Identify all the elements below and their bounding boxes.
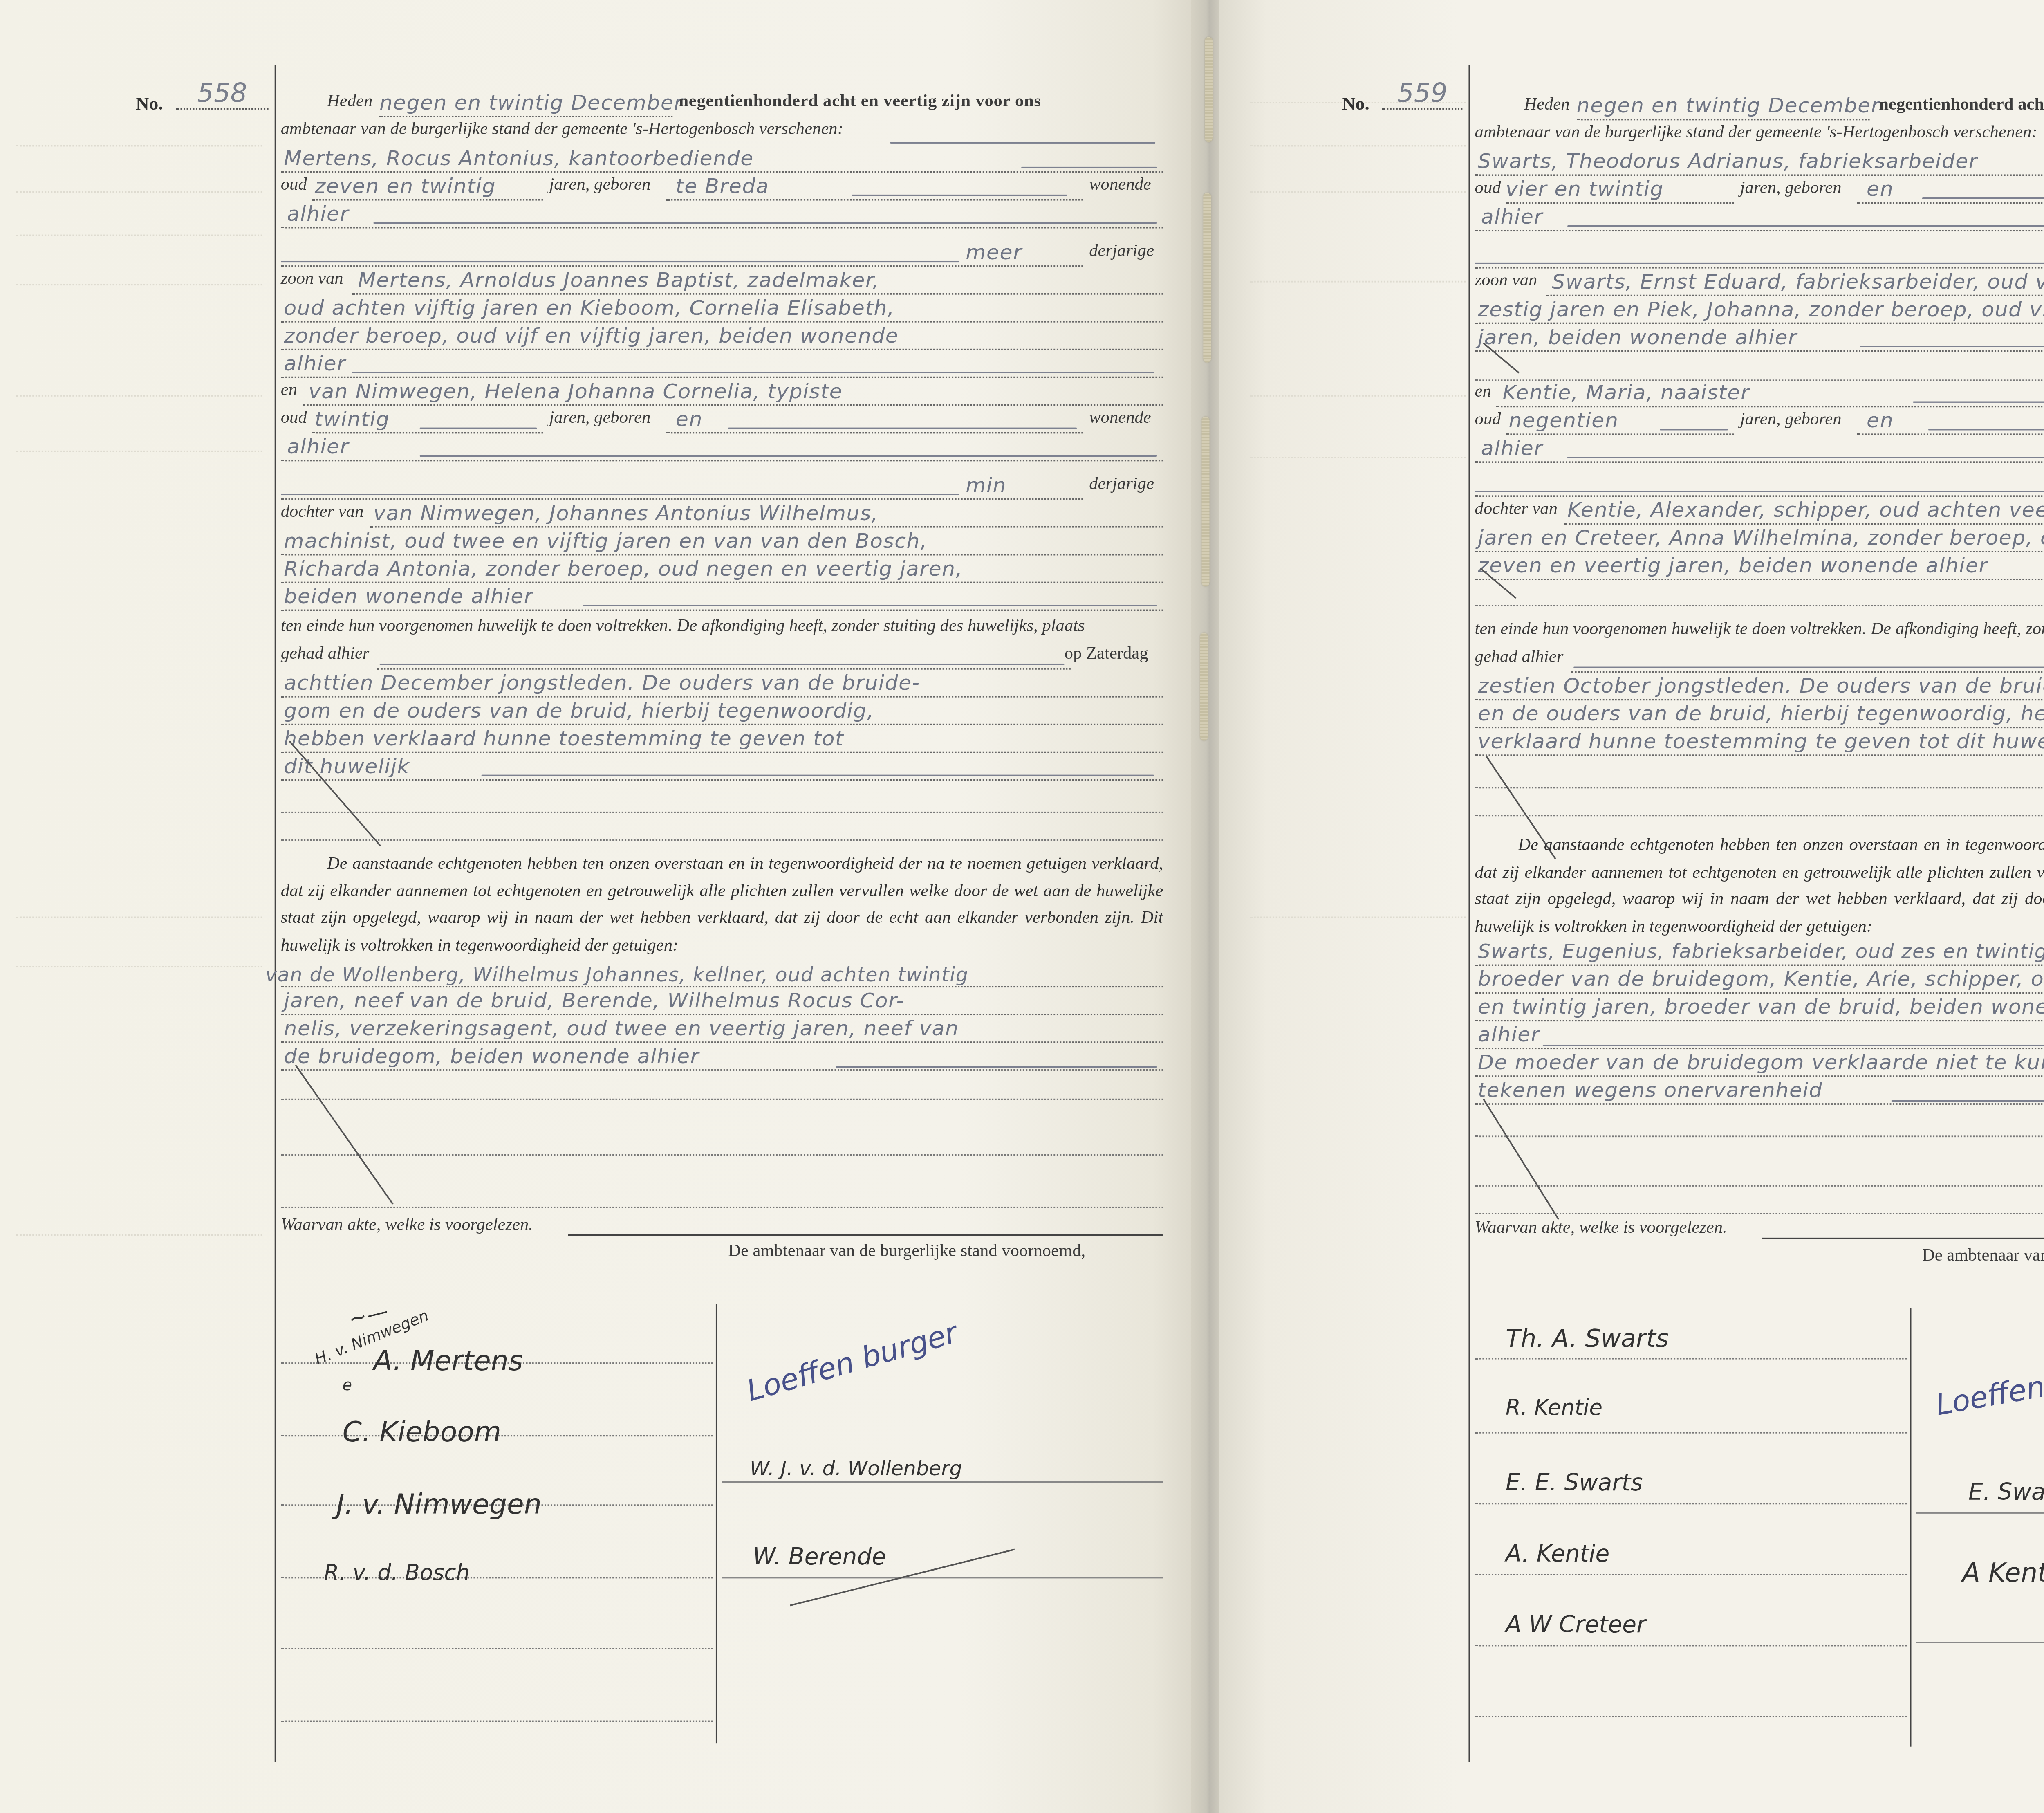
en-label: en [281,381,297,399]
zoon-van-label: zoon van [281,270,343,288]
signature-groom-mother: C. Kieboom [343,1416,501,1449]
witness-line-4: de bruidegom, beiden wonende alhier [281,1046,1163,1074]
bride-residence-line: alhier [281,437,1163,464]
witnesses-note: De moeder van de bruidegom verklaarde ni… [1478,1052,2044,1076]
bleed-through [16,284,262,285]
bleed-through [16,395,262,397]
bleed-through [16,966,262,967]
wonende-label: wonende [1089,409,1151,427]
ten-einde-text: ten einde hun voorgenomen huwelijk te do… [281,617,1085,635]
signature-line [1475,1432,1907,1434]
bride-majority: min [966,475,1006,498]
bleed-through [16,191,262,193]
signature-line [1475,1645,1907,1647]
bride-parents-line-2: jaren en Creteer, Anna Wilhelmina, zonde… [1475,528,2044,556]
strike-through-mark [295,1065,393,1205]
bride-birthplace: en [676,409,703,432]
signature-official: Loeffen burger [1933,1351,2044,1423]
groom-majority: meer [966,242,1022,265]
ambtenaar-text: ambtenaar van de burgerlijke stand der g… [281,120,843,139]
blank-line [1475,1213,2044,1214]
witnesses: van de Wollenberg, Wilhelmus Johannes, k… [265,963,968,986]
consent-line-1: zestien October jongstleden. De ouders v… [1475,676,2044,704]
bleed-through [1250,395,1466,397]
derjarige-label: derjarige [1089,242,1154,260]
waarvan-line: Waarvan akte, welke is voorgelezen. [1475,1219,2044,1247]
witnesses: de bruidegom, beiden wonende alhier [284,1046,699,1070]
publication-consent: verklaard hunne toestemming te geven tot… [1478,731,2044,755]
record-number-label: No. [136,92,163,116]
jaren-geboren-label: jaren, geboren [1740,411,1842,429]
right-margin-rule [1468,65,1470,1762]
groom-age-line: oud zeven en twintig jaren, geboren te B… [281,176,1163,204]
witness-line-2: broeder van de bruidegom, Kentie, Arie, … [1475,969,2044,997]
bleed-through [1250,457,1466,458]
date-year-text: negentienhonderd acht en veertig zijn vo… [679,92,1041,111]
signature-line [1916,1512,2044,1514]
dochter-van-label: dochter van [281,503,363,521]
zoon-van-label: zoon van [1475,272,1537,290]
bride-parents-line-1: dochter van Kentie, Alexander, schipper,… [1475,500,2044,528]
signature-bride-father: J. v. Nimwegen [336,1489,542,1521]
groom-name: Swarts, Theodorus Adrianus, fabrieksarbe… [1478,151,1978,175]
publication-consent: dit huwelijk [284,756,410,779]
bride-parents: van Nimwegen, Johannes Antonius Wilhelmu… [373,503,879,526]
groom-age-line: oud vier en twintig jaren, geboren en wo… [1475,179,2044,207]
bleed-through [16,235,262,236]
witnesses: broeder van de bruidegom, Kentie, Arie, … [1478,969,2044,992]
blank-line [281,1099,1163,1100]
record-number: 559 [1382,80,1462,110]
heden-label: Heden [1524,96,1569,114]
blank-line [1475,1135,2044,1137]
witness-line-1: van de Wollenberg, Wilhelmus Johannes, k… [281,963,1163,991]
ten-einde-line: ten einde hun voorgenomen huwelijk te do… [1475,620,2044,648]
groom-age: zeven en twintig [315,176,496,199]
oud-label: oud [281,409,307,427]
blank-line [1475,815,2044,816]
bride-residence-line: alhier [1475,438,2044,466]
groom-parents-line-2: oud achten vijftig jaren en Kieboom, Cor… [281,298,1163,325]
record-number: 558 [176,80,268,110]
bride-parents-line-1: dochter van van Nimwegen, Johannes Anton… [281,503,1163,531]
groom-parents: jaren, beiden wonende alhier [1478,327,1797,350]
signature-bride: R. Kentie [1506,1396,1602,1421]
waarvan-text: Waarvan akte, welke is voorgelezen. [1475,1219,1727,1237]
bride-residence: alhier [287,437,349,460]
bride-name: van Nimwegen, Helena Johanna Cornelia, t… [309,381,843,404]
groom-parents: Mertens, Arnoldus Joannes Baptist, zadel… [358,270,880,293]
groom-parents-line-3: zonder beroep, oud vijf en vijftig jaren… [281,325,1163,353]
witness-line-1: Swarts, Eugenius, fabrieksarbeider, oud … [1475,941,2044,969]
witness-line-3: en twintig jaren, broeder van de bruid, … [1475,997,2044,1025]
left-page: No. 558 Heden negen en twintig December … [0,0,1200,1813]
bride-parents: Richarda Antonia, zonder beroep, oud neg… [284,559,963,582]
witness-line-5: De moeder van de bruidegom verklaarde ni… [1475,1052,2044,1080]
oud-label: oud [281,176,307,194]
publication-consent: achttien December jongstleden. De ouders… [284,673,920,696]
waarvan-text: Waarvan akte, welke is voorgelezen. [281,1216,533,1234]
signature-witness-1: W. J. v. d. Wollenberg [750,1458,962,1481]
date-handwritten: negen en twintig December [379,92,683,116]
bride-majority-line: min derjarige [1475,472,2044,500]
groom-parents: Swarts, Ernst Eduard, fabrieksarbeider, … [1552,272,2044,295]
bleed-through [1250,917,1466,918]
signature-groom: Th. A. Swarts [1506,1324,1669,1353]
en-label: en [1475,383,1491,401]
signature-witness-1: E. Swarts [1968,1478,2044,1506]
signature-official: Loeffen burger [743,1316,961,1409]
official-line: De ambtenaar van de burgerlijke stand vo… [1922,1247,2044,1274]
signature-divider [716,1304,717,1743]
signature-bride-father: A. Kentie [1506,1540,1609,1568]
witnesses: Swarts, Eugenius, fabrieksarbeider, oud … [1478,941,2044,965]
groom-name: Mertens, Rocus Antonius, kantoorbediende [284,148,754,171]
date-year-text: negentienhonderd acht en veertig zijn vo… [1879,96,2044,114]
groom-residence-line: alhier [281,204,1163,231]
bride-age: negentien [1509,411,1619,434]
oud-label: oud [1475,411,1501,429]
groom-age: vier en twintig [1506,179,1664,202]
ledger-spread: No. 558 Heden negen en twintig December … [0,0,2044,1813]
date-handwritten: negen en twintig December [1577,96,1880,119]
right-page: 282 8 No. 559 Heden negen en twintig Dec… [1219,0,2044,1813]
ambtenaar-text: ambtenaar van de burgerlijke stand der g… [1475,123,2037,142]
consent-line-2: gom en de ouders van de bruid, hierbij t… [281,700,1163,728]
bleed-through [16,1234,262,1236]
publication-consent: zestien October jongstleden. De ouders v… [1478,676,2044,699]
bride-parents-line-4: beiden wonende alhier [281,586,1163,614]
groom-birthplace: te Breda [676,176,769,199]
witnesses-note: tekenen wegens onervarenheid [1478,1080,1823,1104]
ten-einde-text: ten einde hun voorgenomen huwelijk te do… [1475,620,2044,639]
groom-majority-line: meer derjarige [281,242,1163,270]
signature-bride-mother: A W Creteer [1506,1611,1646,1639]
bleed-through [16,917,262,918]
signature-line [722,1481,1163,1483]
blank-line [1475,379,2044,381]
gehad-alhier-label: gehad alhier [1475,648,1564,666]
groom-residence: alhier [287,204,349,227]
signature-mark: e [343,1378,352,1395]
declaration-paragraph: De aanstaande echtgenoten hebben ten onz… [1475,833,2044,941]
jaren-geboren-label: jaren, geboren [549,176,650,194]
groom-parents: zonder beroep, oud vijf en vijftig jaren… [284,325,899,349]
consent-line-4: dit huwelijk [281,756,1163,784]
groom-majority-line: meer derjarige [1475,244,2044,272]
consent-line-3: hebben verklaard hunne toestemming te ge… [281,728,1163,756]
witnesses: alhier [1478,1025,1540,1048]
witness-line-6: tekenen wegens onervarenheid [1475,1080,2044,1108]
ten-einde-line: ten einde hun voorgenomen huwelijk te do… [281,617,1163,645]
consent-line-1: achttien December jongstleden. De ouders… [281,673,1163,700]
waarvan-line: Waarvan akte, welke is voorgelezen. [281,1216,1163,1244]
groom-residence: alhier [1481,207,1543,230]
signature-groom: A. Mertens [373,1346,523,1378]
signature-witness-2: A Kentie [1962,1558,2044,1589]
blank-line [281,1207,1163,1208]
bleed-through [1250,191,1466,193]
signature-line [1475,1716,1907,1717]
bride-parents: machinist, oud twee en vijftig jaren en … [284,531,927,554]
op-zaterdag-label: op Zaterdag [1065,645,1148,663]
strike-through-mark [1483,1099,1559,1220]
groom-parents: alhier [284,353,346,377]
left-margin-rule [275,65,276,1762]
signature-line [281,1721,713,1722]
groom-birthplace: en [1867,179,1894,202]
bride-line: en Kentie, Maria, naaister [1475,383,2044,411]
witnesses: en twintig jaren, broeder van de bruid, … [1478,997,2044,1020]
bride-age: twintig [315,409,390,432]
blank-line [1475,787,2044,789]
official-line: De ambtenaar van de burgerlijke stand vo… [728,1242,1163,1270]
bride-parents-line-2: machinist, oud twee en vijftig jaren en … [281,531,1163,559]
ambtenaar-line: ambtenaar van de burgerlijke stand der g… [281,120,1163,148]
groom-line: Swarts, Theodorus Adrianus, fabrieksarbe… [1475,151,2044,179]
gehad-alhier-label: gehad alhier [281,645,370,663]
bleed-through [16,451,262,452]
groom-parents-line-1: zoon van Mertens, Arnoldus Joannes Bapti… [281,270,1163,298]
gehad-alhier-line: gehad alhier op Zaterdag [1475,648,2044,676]
signature-divider [1910,1308,1912,1747]
binding-thread [1200,633,1208,740]
witnesses: nelis, verzekeringsagent, oud twee en ve… [284,1019,959,1042]
left-margin-column [0,65,275,1766]
bride-parents: beiden wonende alhier [284,586,533,610]
publication-consent: gom en de ouders van de bruid, hierbij t… [284,700,874,724]
groom-parents-line-2: zestig jaren en Piek, Johanna, zonder be… [1475,299,2044,327]
binding-thread [1203,193,1211,363]
signature-line [281,1648,713,1649]
groom-line: Mertens, Rocus Antonius, kantoorbediende [281,148,1163,176]
groom-residence-line: alhier [1475,207,2044,235]
jaren-geboren-label: jaren, geboren [1740,179,1842,197]
binding-thread [1205,37,1213,142]
publication-consent: hebben verklaard hunne toestemming te ge… [284,728,844,752]
bride-parents-line-3: zeven en veertig jaren, beiden wonende a… [1475,555,2044,583]
groom-parents: zestig jaren en Piek, Johanna, zonder be… [1478,299,2044,323]
signature-bride-mother: R. v. d. Bosch [324,1562,470,1586]
consent-line-2: en de ouders van de bruid, hierbij tegen… [1475,704,2044,731]
heden-label: Heden [327,92,372,111]
wonende-label: wonende [1089,176,1151,194]
signature-line [1916,1642,2044,1643]
official-label: De ambtenaar van de burgerlijke stand vo… [728,1242,1085,1261]
signature-line [1475,1574,1907,1575]
blank-line [1475,1185,2044,1187]
official-label: De ambtenaar van de burgerlijke stand vo… [1922,1247,2044,1265]
jaren-geboren-label: jaren, geboren [549,409,650,427]
bride-parents-line-3: Richarda Antonia, zonder beroep, oud neg… [281,559,1163,586]
derjarige-label: derjarige [1089,475,1154,494]
declaration-paragraph: De aanstaande echtgenoten hebben ten onz… [281,852,1163,960]
groom-parents: oud achten vijftig jaren en Kieboom, Cor… [284,298,894,321]
bride-name: Kentie, Maria, naaister [1502,383,1750,406]
blank-line [281,1154,1163,1156]
ambtenaar-line: ambtenaar van de burgerlijke stand der g… [1475,123,2044,151]
consent-line-3: verklaard hunne toestemming te geven tot… [1475,731,2044,759]
bride-residence: alhier [1481,438,1543,462]
date-line: Heden negen en twintig December negentie… [1475,96,2044,123]
bride-age-line: oud twintig jaren, geboren en wonende [281,409,1163,437]
bleed-through [1250,281,1466,283]
record-number-label: No. [1342,92,1369,116]
bleed-through [16,145,262,147]
bride-parents: jaren en Creteer, Anna Wilhelmina, zonde… [1478,528,2044,551]
bride-parents: Kentie, Alexander, schipper, oud achten … [1567,500,2044,523]
bride-birthplace: en [1867,411,1894,434]
witnesses: jaren, neef van de bruid, Berende, Wilhe… [284,991,904,1014]
bleed-through [1250,145,1466,147]
witness-line-3: nelis, verzekeringsagent, oud twee en ve… [281,1019,1163,1046]
groom-parents-line-4: alhier [281,353,1163,381]
blank-line [1475,605,2044,606]
blank-line [281,839,1163,841]
oud-label: oud [1475,179,1501,197]
right-record-form: Heden negen en twintig December negentie… [1475,0,2044,1813]
date-line: Heden negen en twintig December negentie… [281,92,1163,120]
blank-line [281,812,1163,813]
signature-groom-father: E. E. Swarts [1506,1469,1643,1497]
bride-line: en van Nimwegen, Helena Johanna Cornelia… [281,381,1163,409]
groom-parents-line-1: zoon van Swarts, Ernst Eduard, fabrieksa… [1475,272,2044,299]
binding-thread [1202,417,1210,586]
publication-consent: en de ouders van de bruid, hierbij tegen… [1478,704,2044,727]
gehad-alhier-line: gehad alhier op Zaterdag [281,645,1163,673]
signature-line [722,1577,1163,1579]
bride-age-line: oud negentien jaren, geboren en wonende [1475,411,2044,438]
bride-majority-line: min derjarige [281,475,1163,503]
signature-line [1475,1358,1907,1360]
dochter-van-label: dochter van [1475,500,1558,518]
witness-line-4: alhier [1475,1025,2044,1052]
groom-parents-line-3: jaren, beiden wonende alhier [1475,327,2044,355]
left-record-form: Heden negen en twintig December negentie… [281,0,1163,1813]
signature-line [1475,1503,1907,1504]
signature-witness-2: W. Berende [753,1543,886,1571]
bride-parents: zeven en veertig jaren, beiden wonende a… [1478,555,1988,579]
witness-line-2: jaren, neef van de bruid, Berende, Wilhe… [281,991,1163,1019]
